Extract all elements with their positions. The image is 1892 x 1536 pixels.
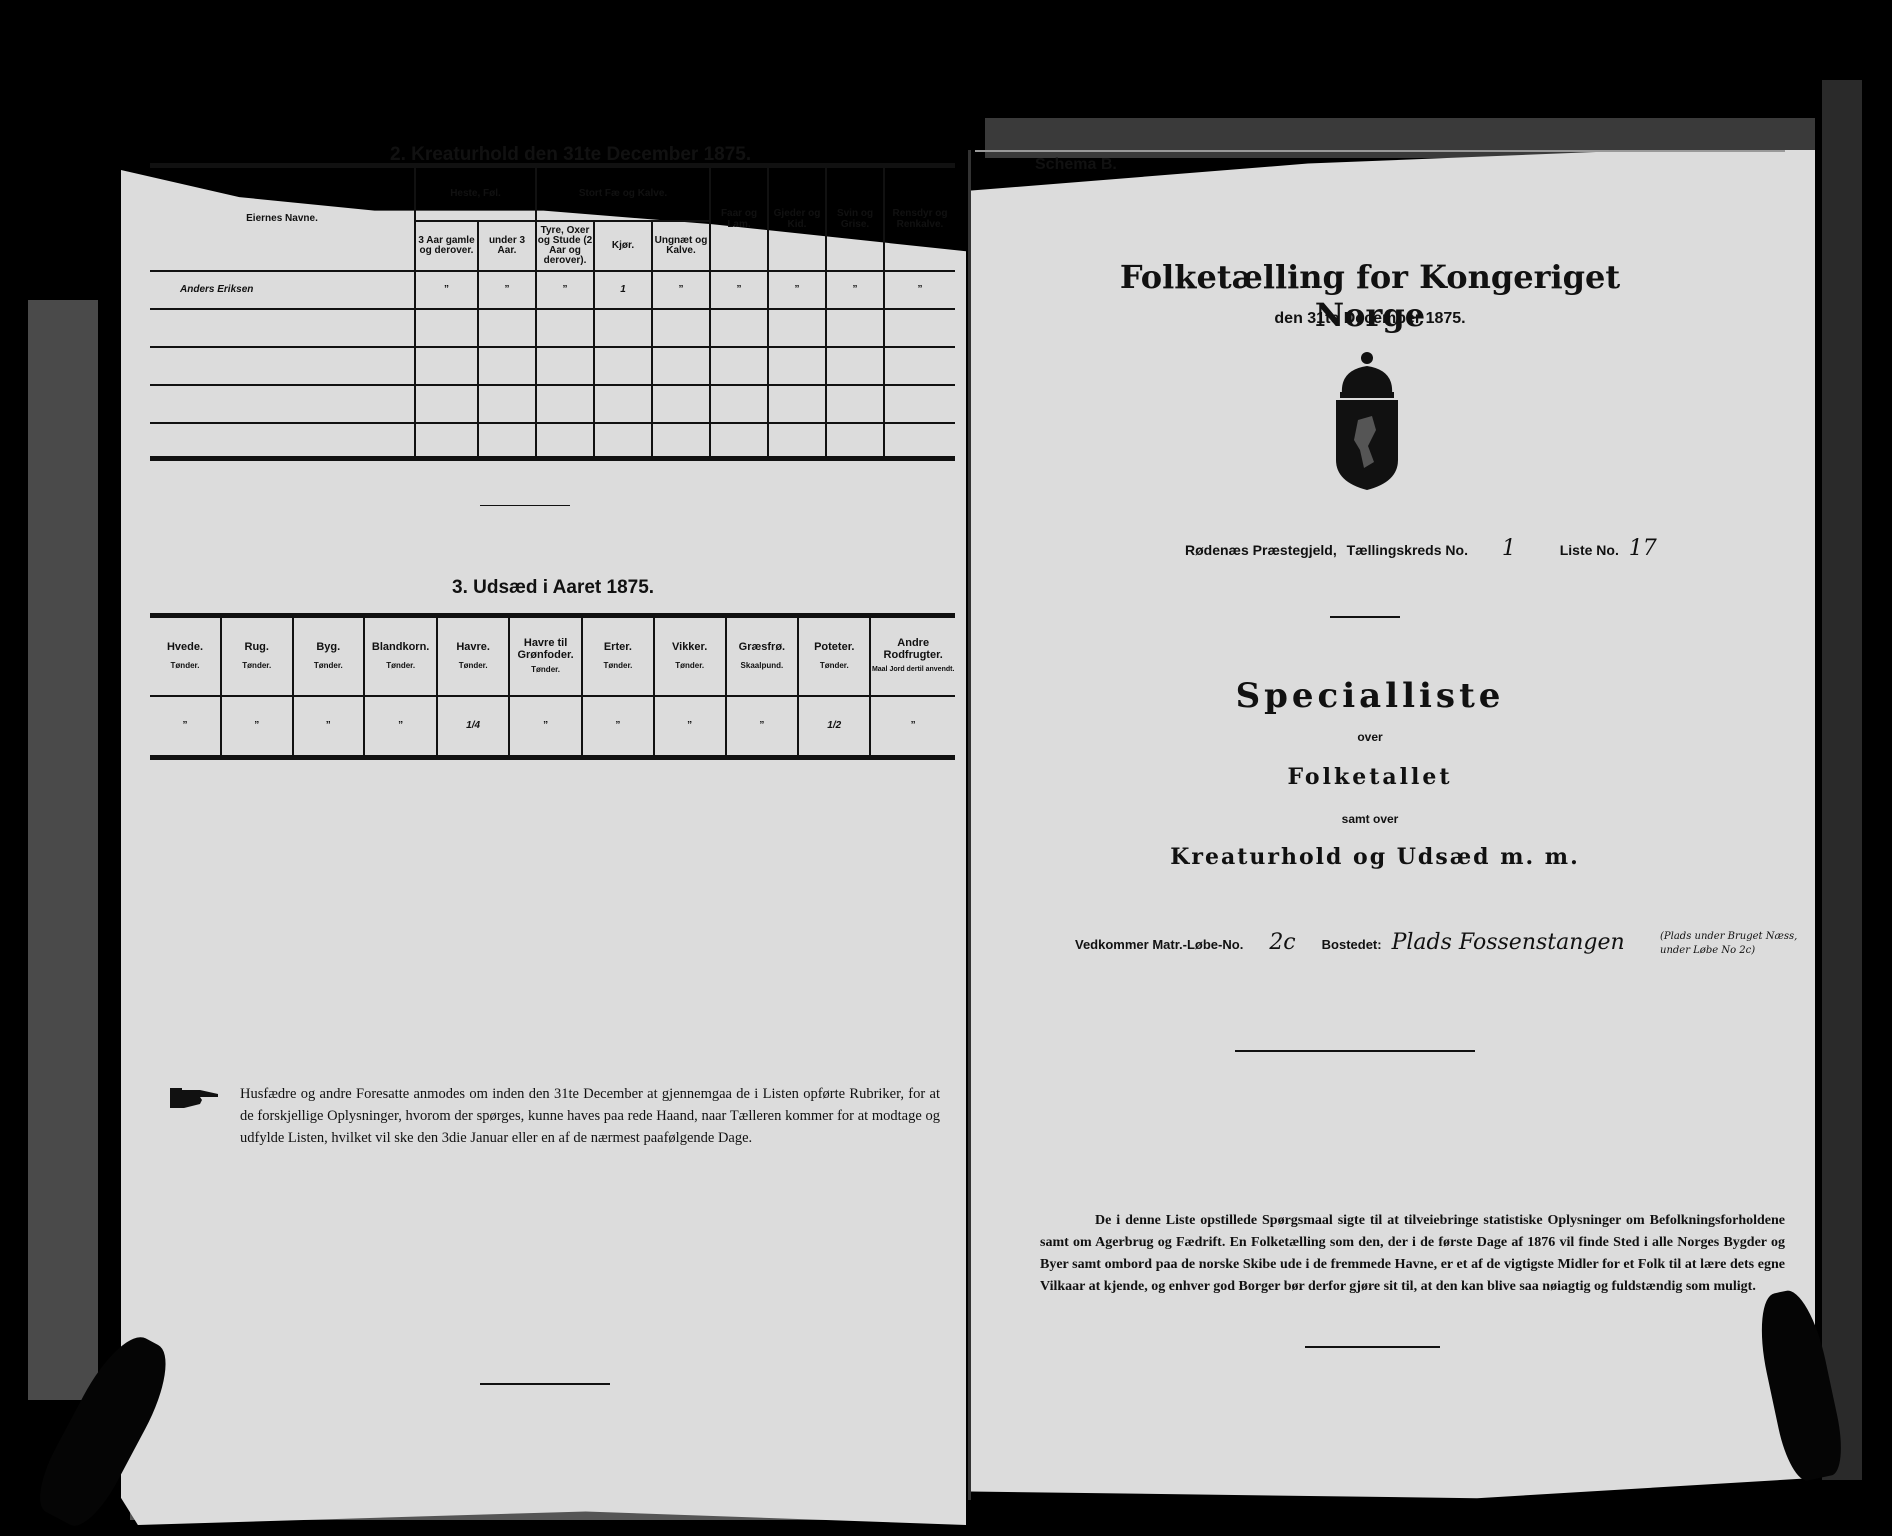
- table-row: [150, 385, 955, 423]
- divider: [1235, 1050, 1475, 1052]
- kreaturhold-heading: Kreaturhold og Udsæd m. m.: [1140, 844, 1610, 870]
- matr-value: 2c: [1269, 930, 1295, 955]
- cell: ”: [652, 271, 710, 309]
- divider: [480, 505, 570, 506]
- cell: ”: [768, 271, 826, 309]
- district-label: Tællingskreds No.: [1347, 542, 1468, 558]
- col-blandkorn: Blandkorn.Tønder.: [364, 616, 437, 696]
- cell: ”: [826, 271, 884, 309]
- place-label: Bostedet:: [1322, 937, 1382, 952]
- table-row: [150, 309, 955, 347]
- district-value: 1: [1502, 536, 1516, 561]
- col-group-cattle: Stort Fæ og Kalve.: [536, 166, 710, 221]
- cell: 1/2: [798, 696, 870, 758]
- cell: ”: [150, 696, 221, 758]
- list-value: 17: [1629, 536, 1657, 561]
- schema-label: Schema B.: [1035, 156, 1117, 174]
- col-cows-header: Kjør.: [594, 221, 652, 271]
- col-owner-header: Eiernes Navne.: [150, 166, 415, 271]
- col-erter: Erter.Tønder.: [582, 616, 654, 696]
- table-row: [150, 347, 955, 385]
- col-andre-rodfrugter: Andre Rodfrugter.Maal Jord dertil anvend…: [870, 616, 955, 696]
- list-label: Liste No.: [1560, 542, 1619, 558]
- col-goats-header: Gjeder og Kid.: [768, 166, 826, 271]
- cell: ”: [582, 696, 654, 758]
- place-note: (Plads under Bruget Næss, under Løbe No …: [1660, 930, 1810, 958]
- page-stack-edge-right: [1822, 80, 1862, 1480]
- col-byg: Byg.Tønder.: [293, 616, 365, 696]
- cell: ”: [884, 271, 955, 309]
- col-reindeer-header: Rensdyr og Renkalve.: [884, 166, 955, 271]
- cell: 1/4: [437, 696, 509, 758]
- cell: 1: [594, 271, 652, 309]
- over-label: over: [1320, 730, 1420, 744]
- pointing-hand-icon: [170, 1086, 220, 1110]
- cell: ”: [478, 271, 536, 309]
- col-horses-3plus-header: 3 Aar gamle og derover.: [415, 221, 478, 271]
- col-poteter: Poteter.Tønder.: [798, 616, 870, 696]
- norwegian-coat-of-arms-icon: [1330, 350, 1405, 495]
- col-graesfro: Græsfrø.Skaalpund.: [726, 616, 799, 696]
- table-row: Anders Eriksen ” ” ” 1 ” ” ” ” ”: [150, 271, 955, 309]
- owner-name-cell: Anders Eriksen: [150, 271, 415, 309]
- table-row: ” ” ” ” 1/4 ” ” ” ” 1/2 ”: [150, 696, 955, 758]
- cell: ”: [293, 696, 365, 758]
- samt-over-label: samt over: [1310, 812, 1430, 826]
- divider: [1330, 616, 1400, 618]
- district-line: Rødenæs Præstegjeld, Tællingskreds No. 1…: [1185, 536, 1655, 561]
- col-havre: Havre.Tønder.: [437, 616, 509, 696]
- folketallet-heading: Folketallet: [1240, 764, 1500, 790]
- cell: ”: [726, 696, 799, 758]
- col-bulls-header: Tyre, Oxer og Stude (2 Aar og derover).: [536, 221, 594, 271]
- cell: ”: [221, 696, 293, 758]
- cell: ”: [870, 696, 955, 758]
- col-vikker: Vikker.Tønder.: [654, 616, 726, 696]
- specialliste-heading: Specialliste: [1190, 676, 1550, 716]
- page-fold-line: [968, 150, 971, 1500]
- header-rule: [975, 150, 1785, 152]
- sowing-table: Hvede.Tønder. Rug.Tønder. Byg.Tønder. Bl…: [150, 613, 955, 760]
- cell: ”: [654, 696, 726, 758]
- table-row: [150, 423, 955, 459]
- cell: ”: [364, 696, 437, 758]
- col-havre-gronfoder: Havre til Grønfoder.Tønder.: [509, 616, 582, 696]
- place-value: Plads Fossenstangen: [1392, 930, 1625, 955]
- col-young-cattle-header: Ungnæt og Kalve.: [652, 221, 710, 271]
- parish-label: Rødenæs Præstegjeld,: [1185, 542, 1337, 558]
- page-stack-edge-left: [28, 300, 98, 1400]
- intro-paragraph: De i denne Liste opstillede Spørgsmaal s…: [1040, 1210, 1785, 1298]
- col-pigs-header: Svin og Grise.: [826, 166, 884, 271]
- col-rug: Rug.Tønder.: [221, 616, 293, 696]
- cell: ”: [710, 271, 768, 309]
- col-horses-under3-header: under 3 Aar.: [478, 221, 536, 271]
- matr-label: Vedkommer Matr.-Løbe-No.: [1075, 937, 1243, 952]
- divider: [1305, 1346, 1440, 1348]
- col-sheep-header: Faar og Lam.: [710, 166, 768, 271]
- census-date: den 31te December 1875.: [1200, 310, 1540, 328]
- cell: ”: [509, 696, 582, 758]
- divider: [480, 1383, 610, 1385]
- cell: ”: [536, 271, 594, 309]
- notice-text: Husfædre og andre Foresatte anmodes om i…: [240, 1083, 940, 1149]
- cell: ”: [415, 271, 478, 309]
- col-group-horses: Heste, Føl.: [415, 166, 536, 221]
- col-hvede: Hvede.Tønder.: [150, 616, 221, 696]
- section3-title: 3. Udsæd i Aaret 1875.: [452, 577, 654, 599]
- livestock-table: Eiernes Navne. Heste, Føl. Stort Fæ og K…: [150, 163, 955, 461]
